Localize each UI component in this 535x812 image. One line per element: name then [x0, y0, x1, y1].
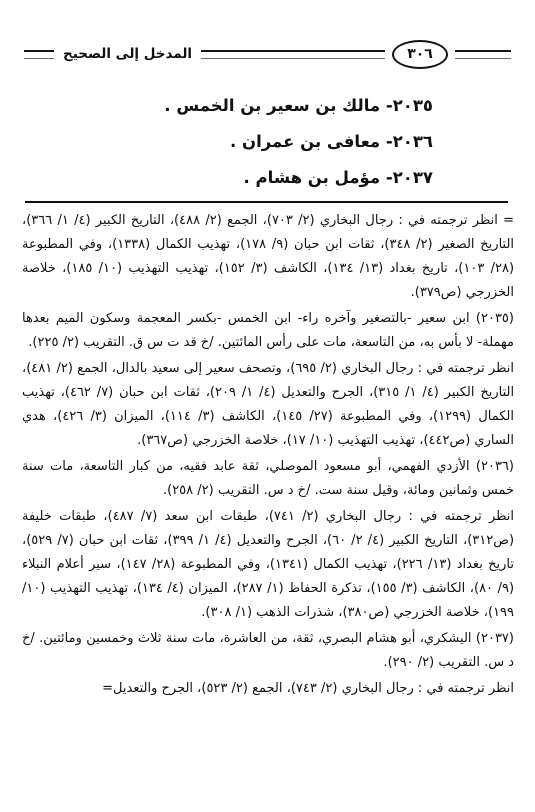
footnote-paragraph-2035-sources: انظر ترجمته في : رجال البخاري (٢/ ٦٩٥)، …: [22, 357, 514, 453]
footnote-paragraph-2035: (٢٠٣٥) ابن سعير -بالتصغير وآخره راء- ابن…: [22, 307, 514, 355]
header-rule-left: [24, 50, 54, 59]
header-rule-right: [455, 50, 511, 59]
footnote-paragraph-2037-sources: انظر ترجمته في : رجال البخاري (٢/ ٧٤٣)، …: [22, 677, 514, 701]
header-rule-middle: [201, 50, 385, 59]
page-number-oval: ٣٠٦: [392, 40, 448, 69]
book-page: المدخل إلى الصحيح ٣٠٦ ٢٠٣٥- مالك بن سعير…: [0, 0, 535, 812]
footnotes-section: = انظر ترجمته في : رجال البخاري (٢/ ٧٠٣)…: [22, 209, 514, 703]
book-title: المدخل إلى الصحيح: [61, 46, 194, 62]
footnote-paragraph-2036: (٢٠٣٦) الأزدي الفهمي، أبو مسعود الموصلي،…: [22, 455, 514, 503]
entry-item-2035: ٢٠٣٥- مالك بن سعير بن الخمس .: [24, 88, 433, 124]
footnote-paragraph-continuation: = انظر ترجمته في : رجال البخاري (٢/ ٧٠٣)…: [22, 209, 514, 305]
page-header: المدخل إلى الصحيح ٣٠٦: [24, 40, 511, 68]
entries-section: ٢٠٣٥- مالك بن سعير بن الخمس . ٢٠٣٦- معاف…: [24, 88, 433, 196]
page-number: ٣٠٦: [407, 46, 433, 62]
footnote-paragraph-2036-sources: انظر ترجمته في : رجال البخاري (٢/ ٧٤١)، …: [22, 505, 514, 625]
footnote-separator: [25, 201, 508, 203]
footnote-paragraph-2037: (٢٠٣٧) اليشكري، أبو هشام البصري، ثقة، من…: [22, 627, 514, 675]
entry-item-2036: ٢٠٣٦- معافى بن عمران .: [24, 124, 433, 160]
entry-item-2037: ٢٠٣٧- مؤمل بن هشام .: [24, 160, 433, 196]
